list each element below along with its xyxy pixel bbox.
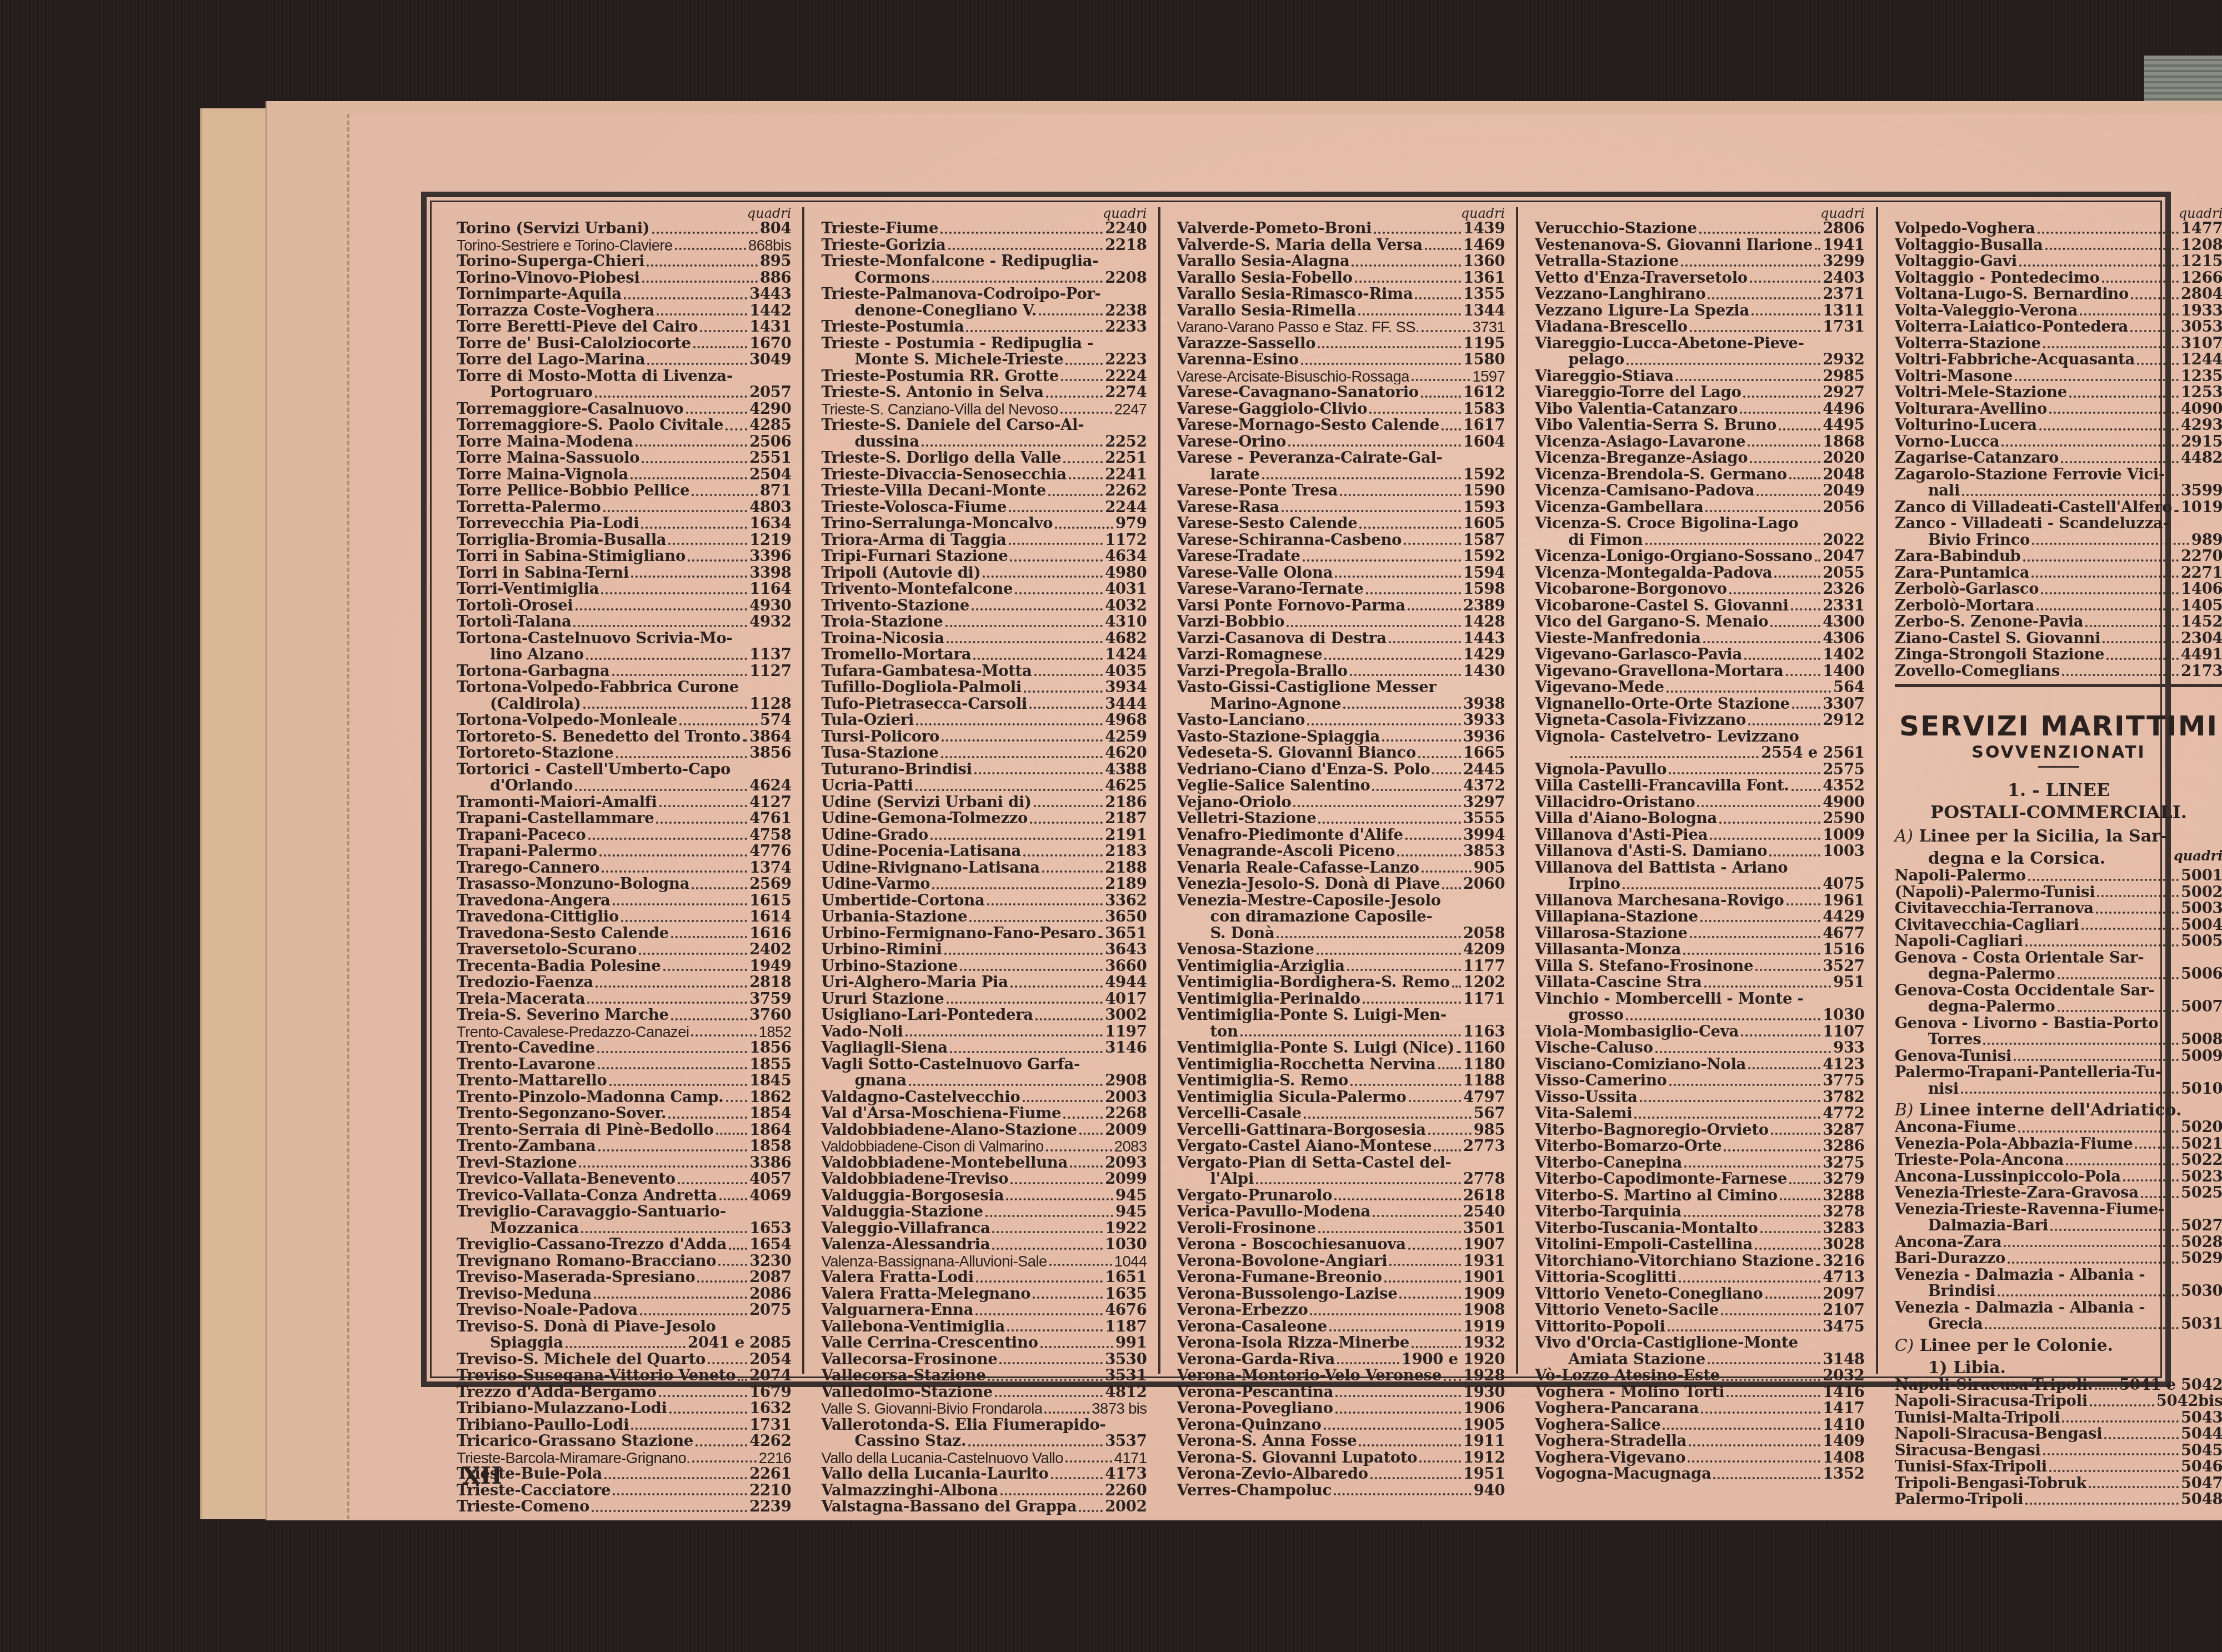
index-entry: Varese - Peveranza-Cairate-Gal- [1177, 450, 1505, 467]
index-entry: Vallecorsa-Stazione3531 [821, 1368, 1147, 1384]
entry-table-number: 3643 [1105, 942, 1147, 958]
entry-table-number: 5041 e 5042 [2119, 1377, 2222, 1394]
dot-leader [1329, 1329, 1461, 1331]
index-entry: Vignola-Pavullo2575 [1535, 762, 1864, 778]
index-entry: Vasto-Lanciano3933 [1177, 712, 1505, 729]
entry-name: Volpedo-Voghera [1895, 221, 2035, 237]
dot-leader [2049, 1470, 2179, 1472]
entry-table-number: 1477 [2181, 221, 2222, 237]
entry-name: Trieste-Divaccia-Senosecchia [821, 467, 1066, 483]
entry-name-continued: nali [1895, 483, 1960, 499]
entry-table-number: 3864 [749, 729, 791, 745]
index-entry: Villapiana-Stazione4429 [1535, 909, 1864, 925]
entry-table-number: 1597 [1472, 368, 1505, 385]
index-entry: Torremaggiore-S. Paolo Civitale4285 [457, 417, 791, 434]
dot-leader [604, 1477, 747, 1479]
entry-table-number: 2252 [1105, 434, 1147, 450]
entry-name-continued: Portogruaro [457, 384, 593, 401]
entry-name: Tortona-Volpedo-Fabbrica Curone [457, 679, 739, 696]
dot-leader [1719, 822, 1820, 824]
entry-name: Zagarise-Catanzaro [1895, 450, 2059, 467]
entry-table-number: 2183 [1105, 843, 1147, 860]
entry-name-continued: pelago [1535, 352, 1624, 368]
index-column-2: quadri Trieste-Fiume2240Trieste-Gorizia2… [804, 207, 1160, 1374]
entry-name: Valduggia-Stazione [821, 1204, 983, 1220]
index-entry: Torrevecchia Pia-Lodi1634 [457, 515, 791, 532]
entry-name: Trevico-Vallata-Conza Andretta [457, 1188, 717, 1204]
entry-name: Vergato-Castel Aiano-Montese [1177, 1138, 1432, 1155]
entry-table-number: 945 [1115, 1204, 1147, 1220]
dot-leader [738, 1379, 747, 1381]
index-entry: Vicenza-Montegalda-Padova2055 [1535, 565, 1864, 582]
entry-name: Napoli-Siracusa-Tripoli [1895, 1393, 2088, 1410]
entry-name: Vejano-Oriolo [1177, 794, 1292, 811]
index-entry: Tredozio-Faenza2818 [457, 974, 791, 991]
entry-name: Tornimparte-Aquila [457, 286, 622, 303]
entry-table-number: 1443 [1463, 630, 1505, 647]
dot-leader [1699, 232, 1821, 234]
entry-name: Torri in Sabina-Terni [457, 565, 629, 582]
dot-leader [1042, 870, 1103, 873]
index-entry: Umbertide-Cortona3362 [821, 893, 1147, 909]
index-entry: Palermo-Tripoli5048 [1895, 1491, 2222, 1508]
entry-table-number: 2003 [1105, 1089, 1147, 1106]
dot-leader [1240, 1034, 1461, 1037]
entry-name: Ancona-Lussinpiccolo-Pola [1895, 1169, 2121, 1185]
entry-table-number: 1907 [1463, 1237, 1505, 1253]
entry-name: Tribiano-Mulazzano-Lodi [457, 1400, 667, 1417]
entry-table-number: 1852 [759, 1024, 792, 1040]
entry-name: Villasanta-Monza [1535, 942, 1681, 958]
dot-leader [597, 1051, 747, 1053]
index-entry: Trieste-Palmanova-Codroipo-Por- [821, 286, 1147, 303]
entry-name: Varese-Sesto Calende [1177, 515, 1358, 532]
dot-leader [1337, 1362, 1399, 1364]
dot-leader [1669, 772, 1820, 774]
dot-leader [1748, 1067, 1820, 1069]
entry-table-number: 3782 [1823, 1089, 1864, 1106]
entry-name: Trivento-Montefalcone [821, 581, 1013, 598]
index-entry: Vinchio - Mombercelli - Monte - [1535, 991, 1864, 1008]
index-entry: Venezia-Pola-Abbazia-Fiume5021 [1895, 1136, 2222, 1153]
index-entry: Verona-Quinzano1905 [1177, 1417, 1505, 1434]
entry-table-number: 4259 [1105, 729, 1147, 745]
entry-table-number: 1469 [1463, 237, 1505, 254]
index-entry: Torri-Ventimiglia1164 [457, 581, 791, 598]
entry-name: Zerbo-S. Zenone-Pavia [1895, 614, 2084, 630]
entry-name: Verona-Bussolengo-Lazise [1177, 1286, 1398, 1303]
index-entry: Venaria Reale-Cafasse-Lanzo905 [1177, 860, 1505, 877]
dot-leader [602, 870, 747, 873]
dot-leader [1722, 1379, 1821, 1381]
dot-leader [1318, 1231, 1461, 1233]
index-entry: Ancona-Lussinpiccolo-Pola5023 [1895, 1169, 2222, 1185]
entry-table-number: 1311 [1823, 303, 1864, 319]
entry-table-number: 804 [760, 221, 792, 237]
entry-name-continued: Irpino [1535, 876, 1620, 893]
entry-name: Visso-Ussita [1535, 1089, 1637, 1106]
entry-table-number: 1634 [749, 515, 791, 532]
entry-name: Voltaggio-Gavi [1895, 253, 2017, 270]
dot-leader [1704, 985, 1831, 988]
index-entry: Vagli Sotto-Castelnuovo Garfa- [821, 1057, 1147, 1073]
entry-name: Treviso-Meduna [457, 1286, 592, 1303]
entry-table-number: 1653 [749, 1220, 791, 1237]
entry-name: Voghera-Vigevano [1535, 1450, 1685, 1466]
dot-leader [2080, 313, 2179, 316]
entry-table-number: 3107 [2181, 336, 2222, 352]
entry-name: Trieste-Pola-Ancona [1895, 1152, 2064, 1169]
entry-table-number: 2389 [1463, 598, 1505, 614]
index-entry: Trieste-Monfalcone - Redipuglia- [821, 253, 1147, 270]
index-entry: Veglie-Salice Salentino4372 [1177, 778, 1505, 794]
dot-leader [2036, 608, 2179, 610]
dot-leader [656, 822, 747, 824]
entry-name: Varzi-Bobbio [1177, 614, 1285, 630]
entry-name: Trieste-Villa Decani-Monte [821, 483, 1046, 499]
index-entry: Vasto-Stazione-Spiaggia3936 [1177, 729, 1505, 745]
index-entry-continuation: con diramazione Caposile- [1177, 909, 1505, 925]
dot-leader [942, 739, 1103, 742]
dot-leader [691, 1034, 756, 1037]
index-entry-continuation: Portogruaro2057 [457, 384, 791, 401]
entry-table-number: 2047 [1823, 548, 1864, 565]
entry-name: Tromello-Mortara [821, 647, 971, 663]
dot-leader [1726, 1395, 1820, 1397]
entry-table-number: 1516 [1823, 942, 1864, 958]
index-entry-continuation: l'Alpi2778 [1177, 1171, 1505, 1188]
dot-leader [1792, 707, 1821, 709]
entry-table-number: 4900 [1823, 794, 1864, 811]
entry-table-number: 5045 [2181, 1443, 2222, 1459]
entry-table-number: 2274 [1105, 384, 1147, 401]
index-column-4: quadri Verucchio-Stazione2806Vestenanova… [1518, 207, 1878, 1374]
entry-name: Treviso-Maserada-Spresiano [457, 1269, 695, 1286]
entry-table-number: 1009 [1823, 827, 1864, 844]
entry-name: Urbino-Stazione [821, 958, 958, 975]
dot-leader [1010, 559, 1103, 562]
entry-name: Tufo-Pietrasecca-Carsoli [821, 696, 1027, 713]
dot-leader [1626, 1018, 1820, 1020]
dot-leader [1317, 953, 1461, 955]
entry-table-number: 2244 [1105, 499, 1147, 516]
dot-leader [2028, 879, 2179, 881]
index-entry: Torre Beretti-Pieve del Cairo1431 [457, 319, 791, 336]
index-entry: Valera Fratta-Lodi1651 [821, 1269, 1147, 1286]
entry-table-number: 1951 [1463, 1466, 1505, 1483]
entry-name: Venezia-Pola-Abbazia-Fiume [1895, 1136, 2133, 1153]
index-entry: Treviglio-Cassano-Trezzo d'Adda1654 [457, 1237, 791, 1253]
index-entry: Valera Fratta-Melegnano1635 [821, 1286, 1147, 1303]
index-entry: Ancona-Zara5028 [1895, 1234, 2222, 1251]
entry-table-number: 2020 [1823, 450, 1864, 467]
entry-table-number: 2057 [749, 384, 791, 401]
entry-name: Travedona-Cittiglio [457, 909, 619, 925]
entry-name: Siracusa-Bengasi [1895, 1443, 2041, 1459]
entry-name: Tortolì-Talana [457, 614, 571, 630]
entry-table-number: 3297 [1463, 794, 1505, 811]
index-entry: Vita-Salemi4772 [1535, 1105, 1864, 1122]
group-heading-continued: degna e la Corsica.quadri [1895, 850, 2222, 868]
entry-name: Varsi Ponte Fornovo-Parma [1177, 598, 1405, 614]
dot-leader [725, 428, 747, 430]
index-entry: Volturino-Lucera4293 [1895, 417, 2222, 434]
dot-leader [599, 854, 747, 857]
index-entry: Vergato-Pian di Setta-Castel del- [1177, 1155, 1505, 1172]
entry-table-number: 1593 [1463, 499, 1505, 516]
entry-table-number: 3307 [1823, 696, 1864, 713]
index-entry: Trieste-Cacciatore2210 [457, 1483, 791, 1499]
index-entry: Vedeseta-S. Giovanni Bianco1665 [1177, 745, 1505, 762]
index-entry: Troia-Stazione4310 [821, 614, 1147, 630]
entry-table-number: 1604 [1463, 434, 1505, 450]
index-entry: Treia-S. Severino Marche3760 [457, 1007, 791, 1024]
dot-leader [642, 281, 758, 283]
entry-name: Vetto d'Enza-Traversetolo [1535, 270, 1748, 287]
entry-name: Napoli-Palermo [1895, 868, 2026, 884]
entry-table-number: 3936 [1463, 729, 1505, 745]
index-entry: Treviso-Maserada-Spresiano2087 [457, 1269, 791, 1286]
index-entry: Villa Castelli-Francavilla Font.4352 [1535, 778, 1864, 794]
index-entry: Zara-Puntamica2271 [1895, 565, 2222, 582]
entry-table-number: 1868 [1823, 434, 1864, 450]
index-entry: Palermo-Trapani-Pantelleria-Tu- [1895, 1064, 2222, 1081]
entry-name: Viola-Mombasiglio-Ceva [1535, 1024, 1739, 1040]
entry-name: Trevico-Vallata-Benevento [457, 1171, 675, 1188]
entry-name: Villanova Marchesana-Rovigo [1535, 893, 1784, 909]
entry-name: Venezia - Dalmazia - Albania - [1895, 1267, 2145, 1284]
section-heading: 1. - LINEE [1895, 779, 2222, 801]
entry-name: Tramonti-Maiori-Amalfi [457, 794, 657, 811]
index-entry: Tripi-Furnari Stazione4634 [821, 548, 1147, 565]
entry-table-number: 5009 [2181, 1048, 2222, 1065]
entry-name-continued: Mozzanica [457, 1220, 579, 1237]
entry-table-number: 3475 [1823, 1319, 1864, 1335]
index-entry: Varese-Gaggiolo-Clivio1583 [1177, 401, 1505, 418]
entry-name: Udine (Servizi Urbani di) [821, 794, 1031, 811]
index-entry-continuation: Mozzanica1653 [457, 1220, 791, 1237]
entry-table-number: 3443 [749, 286, 791, 303]
dot-leader [1098, 936, 1103, 938]
dot-leader [1034, 805, 1103, 807]
entry-name: Trieste-S. Daniele del Carso-Al- [821, 417, 1084, 434]
column-header: quadri [457, 207, 791, 219]
index-entry: Vittorio Veneto-Conegliano2097 [1535, 1286, 1864, 1303]
dot-leader [1405, 838, 1461, 840]
dot-leader [1697, 805, 1820, 807]
index-entry: Ancona-Fiume5020 [1895, 1119, 2222, 1136]
entry-table-number: 3537 [1105, 1433, 1147, 1450]
entry-table-number: 2188 [1105, 860, 1147, 877]
entry-name: Trento-Segonzano-Sover. [457, 1105, 666, 1122]
index-entry: Tortona-Volpedo-Fabbrica Curone [457, 679, 791, 696]
entry-name: Ventimiglia Sicula-Palermo [1177, 1089, 1407, 1106]
dot-leader [1039, 313, 1103, 316]
column-header: quadri [2174, 850, 2222, 868]
dot-leader [1415, 297, 1461, 299]
index-entry: Valdobbiadene-Montebelluna2093 [821, 1155, 1147, 1172]
entry-name: Napoli-Siracusa-Tripoli. [1895, 1377, 2093, 1394]
entry-table-number: 1253 [2181, 384, 2222, 401]
index-entry: Vittorito-Popoli3475 [1535, 1319, 1864, 1335]
dot-leader [1703, 641, 1821, 643]
entry-name: Villacidro-Oristano [1535, 794, 1695, 811]
index-entry: Valduggia-Borgosesia945 [821, 1188, 1147, 1204]
entry-name: Verona-Zevio-Albaredo [1177, 1466, 1368, 1483]
entry-name: Trento-Pinzolo-Madonna Camp. [457, 1089, 724, 1106]
index-entry: Varzi-Romagnese1429 [1177, 647, 1505, 663]
dot-leader [932, 887, 1103, 889]
entry-name: Viterbo-Canepina [1535, 1155, 1682, 1172]
index-entry: Verona-Povegliano1906 [1177, 1400, 1505, 1417]
dot-leader [647, 363, 747, 365]
dot-leader [624, 297, 747, 299]
index-entry-continuation: Cassino Staz.3537 [821, 1433, 1147, 1450]
dot-leader [573, 625, 747, 627]
entry-table-number: 4772 [1823, 1105, 1864, 1122]
entry-table-number: 951 [1833, 974, 1865, 991]
index-entry: Valeggio-Villafranca1922 [821, 1220, 1147, 1237]
entry-name: Valverde-S. Maria della Versa [1177, 237, 1423, 254]
index-entry: Verona-Pescantina1930 [1177, 1384, 1505, 1401]
entry-name: Treviso-Noale-Padova [457, 1302, 638, 1319]
entry-name: Volta-Valeggio-Verona [1895, 303, 2078, 319]
dot-leader [1065, 1460, 1112, 1463]
dot-leader [586, 658, 747, 660]
entry-name: Trieste-Gorizia [821, 237, 945, 254]
dot-leader [1676, 379, 1820, 381]
index-entry: Volturara-Avellino4090 [1895, 401, 2222, 418]
index-entry: Vieste-Manfredonia4306 [1535, 630, 1864, 647]
entry-name-continued: con diramazione Caposile- [1177, 909, 1433, 925]
dot-leader [932, 281, 1103, 283]
dot-leader [2015, 379, 2179, 381]
entry-name: Trieste-Monfalcone - Redipuglia- [821, 253, 1098, 270]
entry-name-continued: Spiaggia [457, 1335, 563, 1351]
index-entry-continuation: di Fimon2022 [1535, 532, 1864, 549]
entry-name: Varenna-Esino [1177, 352, 1299, 368]
entry-name: Torrazza Coste-Voghera [457, 303, 654, 319]
index-entry: Vallo della Lucania-Castelnuovo Vallo417… [821, 1450, 1147, 1466]
dot-leader [1303, 559, 1461, 562]
entry-table-number: 3933 [1463, 712, 1505, 729]
index-entry: Tortona-Castelnuovo Scrivia-Mo- [457, 630, 791, 647]
entry-name: Valdagno-Castelvecchio [821, 1089, 1020, 1106]
index-entry: Viareggio-Torre del Lago2927 [1535, 384, 1864, 401]
entry-name: Trieste-Comeno [457, 1499, 589, 1515]
index-entry: Valduggia-Stazione945 [821, 1204, 1147, 1220]
index-entry: Voltri-Masone1235 [1895, 368, 2222, 385]
entry-table-number: 1845 [749, 1073, 791, 1089]
dot-leader [1668, 1329, 1821, 1331]
column-header: quadri [1535, 207, 1864, 219]
index-entry: Vallerotonda-S. Elia Fiumerapido- [821, 1417, 1147, 1434]
dot-leader [1640, 1100, 1821, 1102]
dot-leader [1750, 461, 1820, 463]
entry-name: Tripoli-Bengasi-Tobruk [1895, 1475, 2087, 1492]
entry-table-number: 1361 [1463, 270, 1505, 287]
index-entry: Vignola- Castelvetro- Levizzano [1535, 729, 1864, 745]
dot-leader [1009, 510, 1103, 512]
dot-leader [950, 1051, 1103, 1053]
dot-leader [1007, 1329, 1103, 1331]
entry-table-number: 2055 [1823, 565, 1864, 582]
index-entry: Zanco di Villadeati-Castell'Alfero1019 [1895, 499, 2222, 516]
dot-leader [988, 1379, 1103, 1381]
dot-leader [659, 1395, 747, 1397]
entry-name: Torretta-Palermo [457, 499, 601, 516]
index-entry: Vezzano Ligure-La Spezia1311 [1535, 303, 1864, 319]
index-entry: Urbino-Stazione3660 [821, 958, 1147, 975]
index-entry: Villanova d'Asti-Pieа1009 [1535, 827, 1864, 844]
index-entry-continuation: dussina2252 [821, 434, 1147, 450]
entry-name: Civitavecchia-Cagliari [1895, 917, 2079, 934]
entry-table-number: 2540 [1463, 1204, 1505, 1220]
dot-leader [1786, 674, 1821, 676]
dot-leader [2049, 412, 2179, 414]
entry-name: Vivo d'Orcia-Castiglione-Monte [1535, 1335, 1798, 1351]
entry-table-number: 985 [1474, 1122, 1505, 1139]
entry-name: Verona-Garda-Riva [1177, 1351, 1335, 1368]
index-entry: Trarego-Cannero1374 [457, 860, 791, 877]
entry-table-number: 2041 e 2085 [688, 1335, 791, 1351]
dot-leader [1035, 1018, 1103, 1020]
entry-table-number: 1908 [1463, 1302, 1505, 1319]
entry-table-number: 2216 [759, 1450, 792, 1466]
entry-table-number: 1003 [1823, 843, 1864, 860]
group-heading: A) Linee per la Sicilia, la Sar- [1895, 828, 2222, 845]
entry-table-number: 4388 [1105, 762, 1147, 778]
entry-name: Vico del Gargano-S. Menaio [1535, 614, 1768, 630]
entry-name: Tortorici - Castell'Umberto-Capo [457, 762, 730, 778]
dot-leader [1310, 1313, 1460, 1315]
dot-leader [1389, 641, 1461, 643]
dot-leader [1372, 789, 1460, 791]
dot-leader [1570, 756, 1759, 758]
index-entry: Val d'Arsa-Moschiena-Fiume2268 [821, 1105, 1147, 1122]
entry-name: Tortona-Volpedo-Monleale [457, 712, 677, 729]
index-entry: Urbino-Rimini3643 [821, 942, 1147, 958]
entry-table-number: 3148 [1823, 1351, 1864, 1368]
entry-name: Varzi-Pregola-Brallo [1177, 663, 1348, 680]
index-entry-continuation: Spiaggia2041 e 2085 [457, 1335, 791, 1351]
entry-name: Vallecorsa-Stazione [821, 1368, 985, 1384]
entry-name: Villarosa-Stazione [1535, 925, 1687, 942]
index-entry: Villasanta-Monza1516 [1535, 942, 1864, 958]
entry-table-number: 2915 [2181, 434, 2222, 450]
entry-name: Valeggio-Villafranca [821, 1220, 990, 1237]
entry-table-number: 1030 [1105, 1237, 1147, 1253]
dot-leader [992, 1248, 1103, 1250]
entry-name: Palermo-Tripoli [1895, 1491, 2024, 1508]
dot-leader [948, 248, 1103, 250]
entry-name: Trino-Serralunga-Moncalvo [821, 515, 1053, 532]
dot-leader [1771, 1133, 1820, 1135]
index-entry: Trieste-Pola-Ancona5022 [1895, 1152, 2222, 1169]
entry-name: Trento-Serraia di Pinè-Bedollo [457, 1122, 714, 1139]
index-entry: Ventimiglia Sicula-Palermo4797 [1177, 1089, 1505, 1106]
index-entry: Villanova d'Asti-S. Damiano1003 [1535, 843, 1864, 860]
entry-table-number: 1430 [1463, 663, 1505, 680]
entry-name-continued: degna-Palermo [1895, 966, 2055, 983]
index-entry: Voghera-Pancarana1417 [1535, 1400, 1864, 1417]
index-entry: Udine-Grado2191 [821, 827, 1147, 844]
index-entry: Torino-Sestriere e Torino-Claviere868bis [457, 237, 791, 254]
entry-table-number: 3599 [2181, 483, 2222, 499]
dot-leader [2102, 281, 2179, 283]
dot-leader [1040, 1346, 1113, 1348]
index-entry: Varese-Cavagnano-Sanatorio1612 [1177, 384, 1505, 401]
